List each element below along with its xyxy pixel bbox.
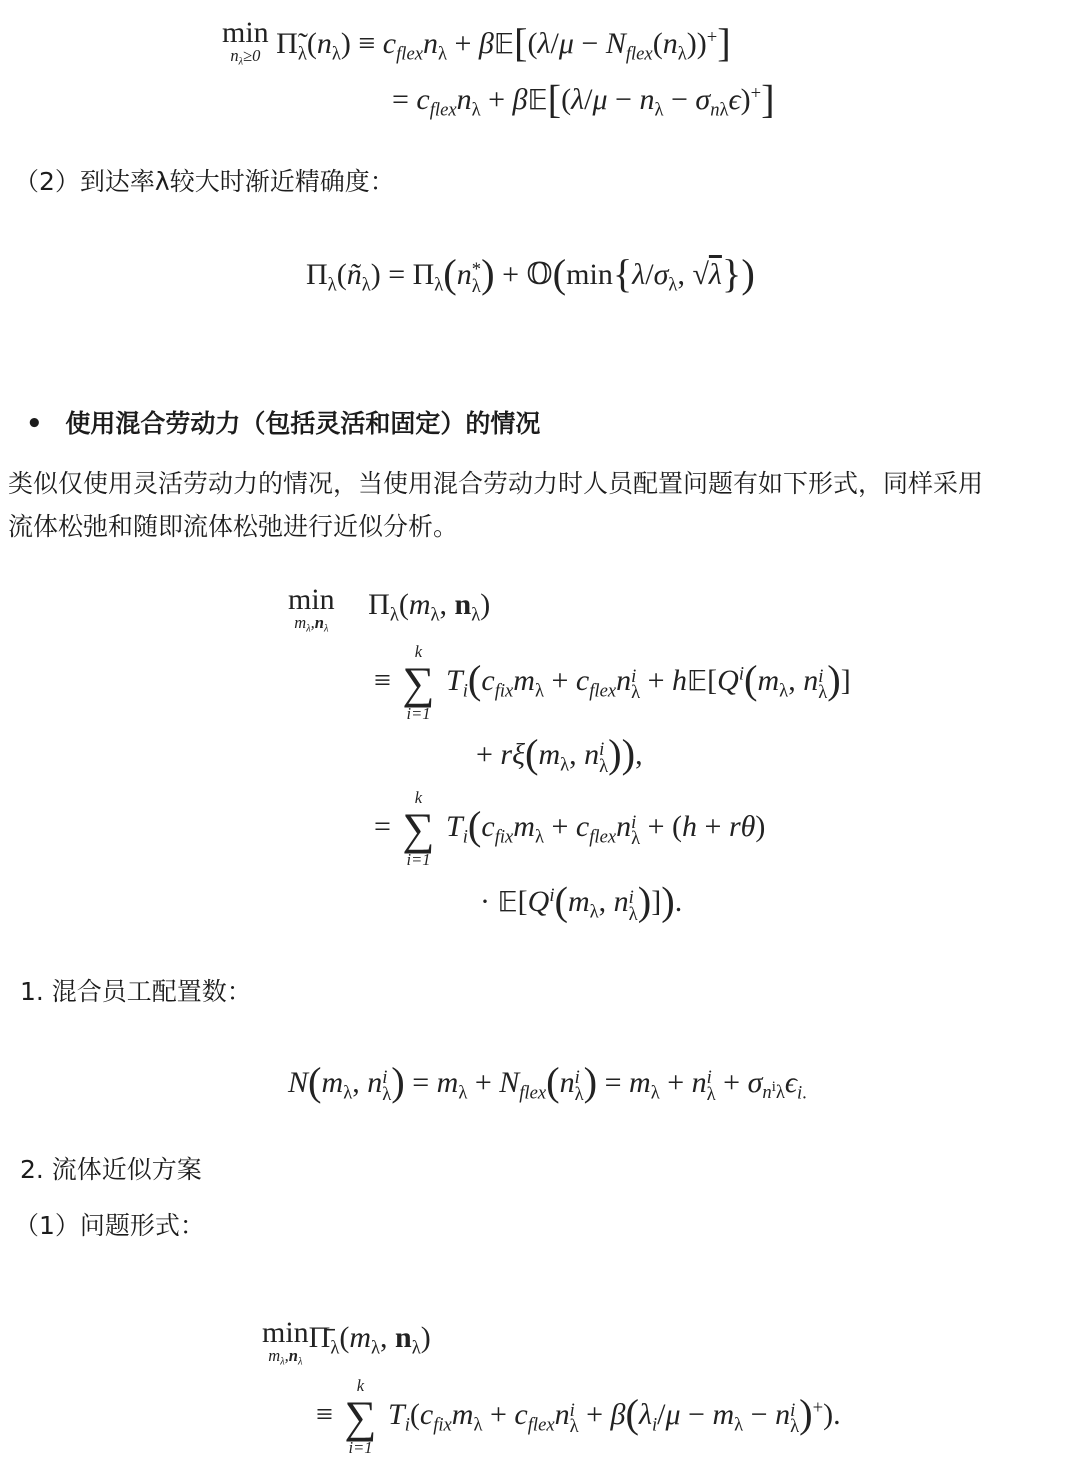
mixed-workforce-section-title: • 使用混合劳动力（包括灵活和固定）的情况 [26,404,540,444]
mixed-staffing-count-label: 1. 混合员工配置数： [20,972,252,1012]
min-operator: minmλ,nλ [288,585,335,635]
asymptotic-accuracy-heading: （2）到达率λ较大时渐近精确度： [14,162,395,202]
min-operator: minnλ≥0 [222,18,269,68]
bullet-icon: • [26,409,43,439]
mixed-workforce-paragraph-line2: 流体松弛和随即流体松弛进行近似分析。 [8,507,458,547]
summation-operator: k∑i=1 [402,790,434,868]
equation-mixed-staffing-count: N(mλ, niλ) = mλ + Nflex(niλ) = mλ + niλ … [288,1062,807,1113]
mixed-workforce-paragraph-line1: 类似仅使用灵活劳动力的情况，当使用混合劳动力时人员配置问题有如下形式，同样采用 [8,464,983,504]
equation-asymptotic-accuracy: Πλ(ñλ) = Πλ(n*λ) + 𝕆(min{λ/σλ, √λ}) [306,254,755,305]
fluid-approximation-label: 2. 流体近似方案 [20,1150,202,1190]
min-operator: minmλ,nλ [262,1318,309,1368]
equation-mixed-objective-line2: ≡ k∑i=1 Ti(cfixmλ + cflexniλ + h𝔼[Qi(mλ,… [374,644,851,722]
equation-mixed-objective-line4: = k∑i=1 Ti(cfixmλ + cflexniλ + (h + rθ) [374,790,765,868]
equation-mixed-objective-line5: · 𝔼[Qi(mλ, niλ)]). [480,876,682,933]
equation-mixed-objective-line1: minmλ,nλ Πλ(mλ, nλ) [288,585,490,636]
problem-form-label: （1）问题形式： [14,1206,205,1246]
equation-fluid-objective-line1: minmλ,nλΠ̄λ(mλ, nλ) [262,1318,431,1369]
equation-flex-objective-line1: minnλ≥0 Π̃λ(nλ) ≡ cflexnλ + β𝔼[(λ/μ − Nf… [222,18,731,75]
summation-operator: k∑i=1 [402,644,434,722]
equation-flex-objective-line2: = cflexnλ + β𝔼[(λ/μ − nλ − σnλϵ)+] [392,74,775,131]
equation-mixed-objective-line3: + rξ(mλ, niλ)), [476,734,643,785]
summation-operator: k∑i=1 [344,1378,376,1456]
equation-fluid-objective-line2: ≡ k∑i=1 Ti(cfixmλ + cflexniλ + β(λi/μ − … [316,1378,841,1456]
